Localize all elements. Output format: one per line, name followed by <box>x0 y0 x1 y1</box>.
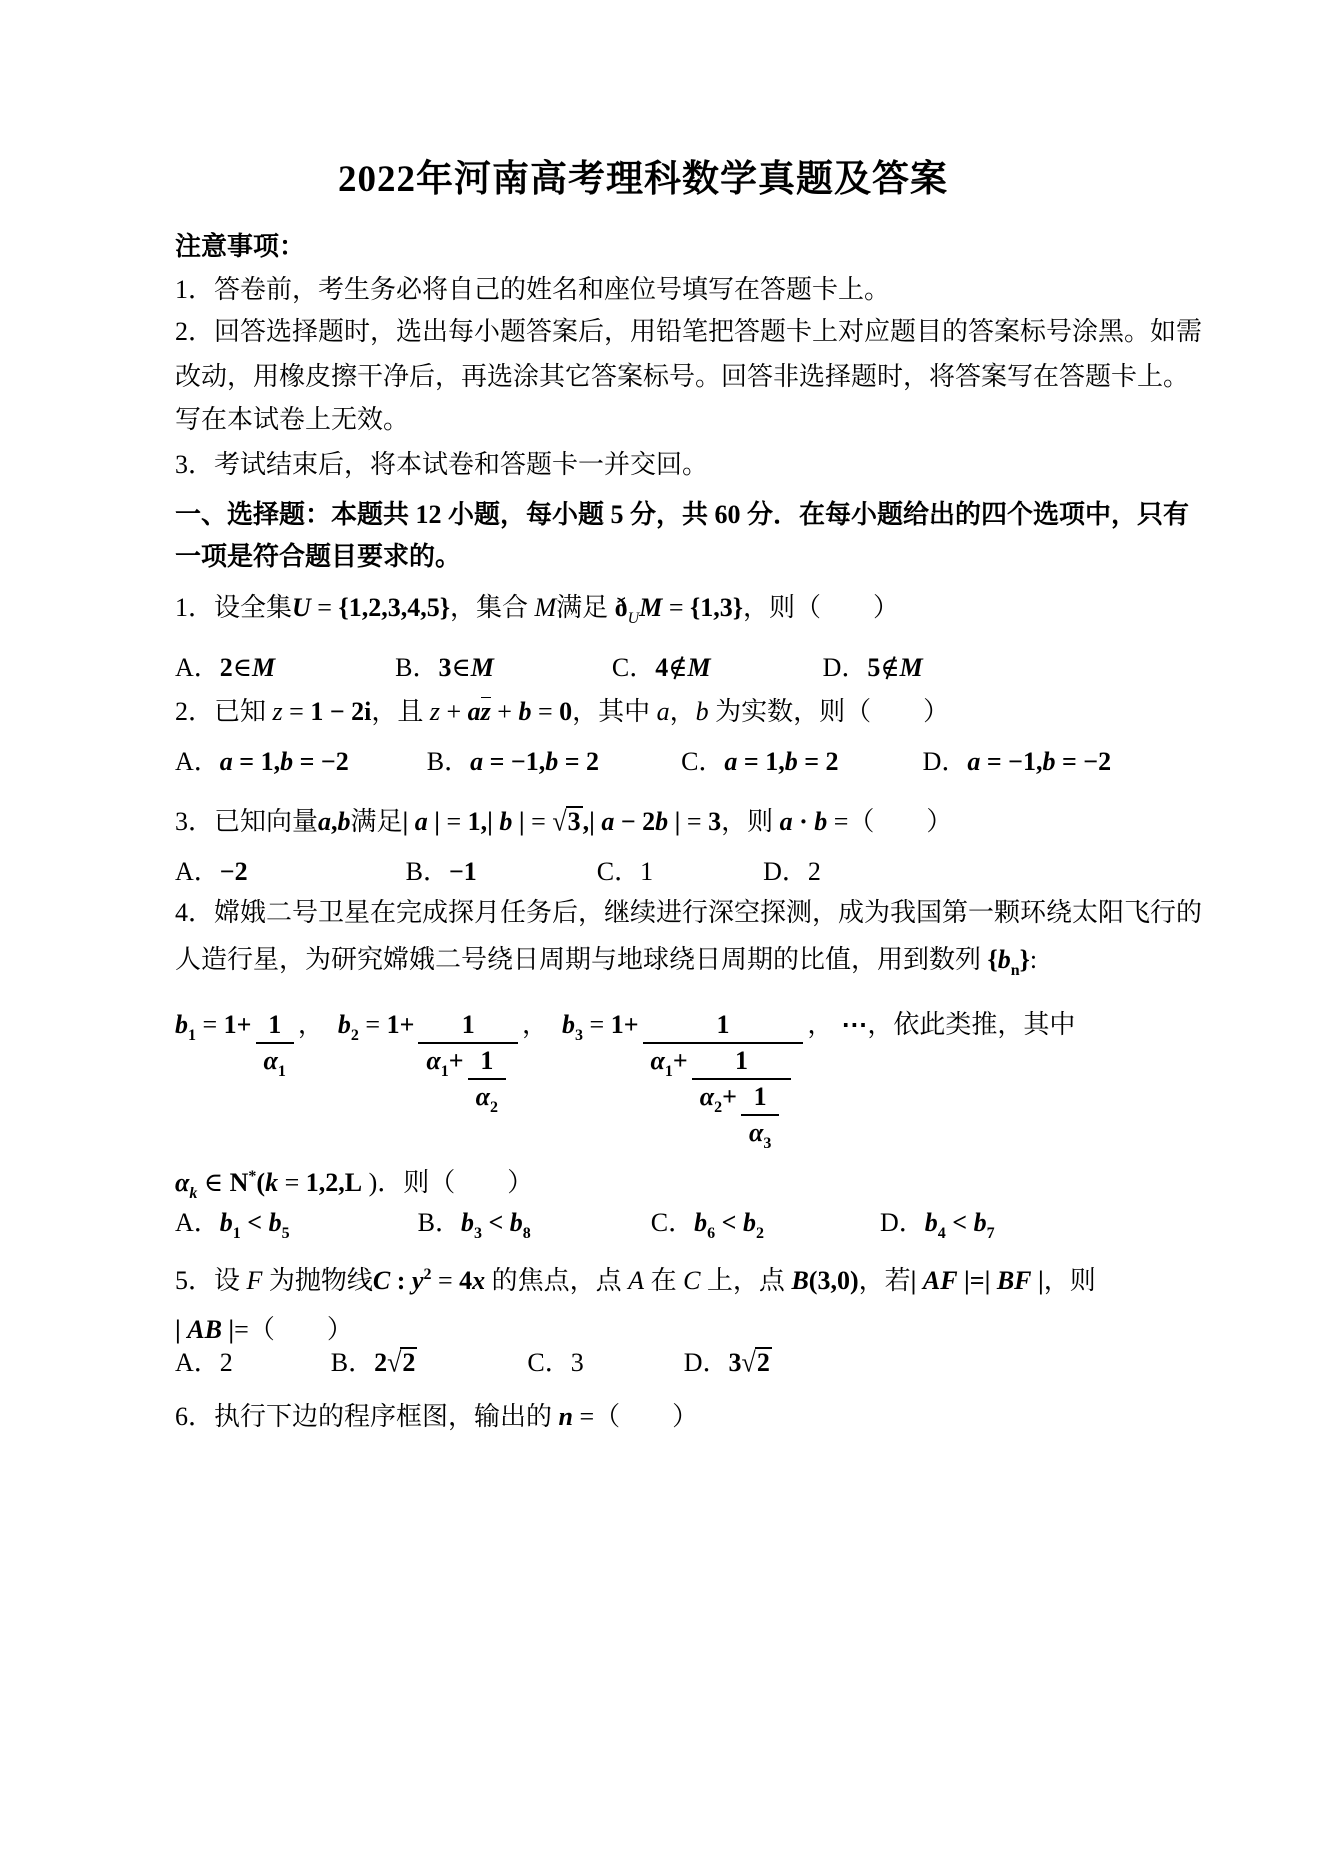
exam-document-page: 2022年河南高考理科数学真题及答案 注意事项：1．答卷前，考生务必将自己的姓名… <box>0 0 1323 1871</box>
text-run: = <box>359 1010 387 1039</box>
math-run: b <box>499 807 512 836</box>
math-run: α <box>749 1118 763 1147</box>
math-run: : <box>390 1266 412 1295</box>
math-run: 1 <box>480 1046 493 1075</box>
text-run: = <box>196 1010 224 1039</box>
text-run: D． <box>823 653 868 682</box>
text-run: ，且 <box>371 697 430 726</box>
math-run: b <box>974 1208 987 1237</box>
math-run: b <box>998 945 1011 974</box>
fraction-denominator: α1+1α2 <box>418 1042 518 1117</box>
math-run: α <box>175 1168 189 1197</box>
fraction-denominator: α2+1α3 <box>692 1078 792 1153</box>
text-run: 3．已知向量 <box>175 807 318 836</box>
math-run: + <box>449 1046 464 1075</box>
text-run: A．2 <box>175 1348 233 1377</box>
text-run: 满足 <box>351 807 403 836</box>
math-run: U <box>292 593 311 622</box>
text-run: 改动，用橡皮擦干净后，再选涂其它答案标号。回答非选择题时，将答案写在答题卡上。 <box>175 362 1189 391</box>
spacer <box>653 879 763 880</box>
math-run: < <box>946 1208 974 1237</box>
question-4-line-2: 人造行星，为研究嫦娥二号绕日周期与地球绕日周期的比值，用到数列 {bn}: <box>175 943 1235 982</box>
math-run: a <box>415 807 428 836</box>
text-run: D． <box>880 1208 925 1237</box>
math-run: n <box>559 1402 573 1431</box>
text-run: ∉ <box>668 653 687 682</box>
text-run: ，其中 <box>572 697 657 726</box>
math-run: a <box>657 697 670 726</box>
math-run: < <box>715 1208 743 1237</box>
fraction-denominator: α3 <box>741 1114 779 1153</box>
math-run: a <box>780 807 793 836</box>
math-run: α <box>264 1046 278 1075</box>
math-run: y <box>412 1266 424 1295</box>
question-2-options: A．a = 1,b = −2B．a = −1,b = 2C．a = 1,b = … <box>175 745 1235 779</box>
text-run: + <box>491 697 519 726</box>
math-run: { <box>988 945 998 974</box>
text-run: D． <box>923 747 968 776</box>
text-run: ， <box>522 1010 548 1039</box>
math-run: {1,3} <box>690 593 743 622</box>
question-1-options: A．2∈MB．3∈MC．4∉MD．5∉M <box>175 651 1235 685</box>
text-run: + <box>440 697 468 726</box>
text-run: ， <box>298 1010 324 1039</box>
text-run: 6．执行下边的程序框图，输出的 <box>175 1402 559 1431</box>
math-run: 1 <box>268 1010 281 1039</box>
math-run: 0 <box>559 697 572 726</box>
subscript: 1 <box>233 1225 241 1242</box>
spacer <box>248 879 406 880</box>
question-2: 2．已知 z = 1 − 2i，且 z + az + b = 0，其中 a，b … <box>175 695 1235 729</box>
text-run: ，集合 <box>450 593 535 622</box>
text-run: D． <box>684 1348 729 1377</box>
text-run: = <box>583 1010 611 1039</box>
text-run: C．1 <box>597 857 653 886</box>
math-run: 1,2,L <box>306 1168 362 1197</box>
text-run: C．3 <box>527 1348 583 1377</box>
math-run: ,| <box>583 807 602 836</box>
math-run: = 1, <box>737 747 784 776</box>
text-run: ∈ <box>197 1168 229 1197</box>
text-run: 4．嫦娥二号卫星在完成探月任务后，继续进行深空探测，成为我国第一颗环绕太阳飞行的 <box>175 898 1202 927</box>
math-run: 1 <box>754 1082 767 1111</box>
math-run: 1 <box>735 1046 748 1075</box>
subscript: 2 <box>490 1099 498 1116</box>
fraction-numerator: 1 <box>729 1046 754 1078</box>
math-run: a <box>470 747 483 776</box>
text-run: B． <box>427 747 470 776</box>
radical: √2 <box>742 1348 772 1377</box>
math-run: 1, <box>468 807 488 836</box>
note-3: 3．考试结束后，将本试卷和答题卡一并交回。 <box>175 448 1235 482</box>
math-run: α <box>426 1046 440 1075</box>
math-run: b <box>518 697 531 726</box>
question-3: 3．已知向量a,b满足| a | = 1,| b | = √3,| a − 2b… <box>175 805 1235 839</box>
text-run: 2．回答选择题时，选出每小题答案后，用铅笔把答题卡上对应题目的答案标号涂黑。如需 <box>175 317 1202 346</box>
fraction: 1α1+1α2 <box>418 1010 518 1117</box>
text-run: B． <box>331 1348 374 1377</box>
text-run: 5．设 <box>175 1266 247 1295</box>
text-run: = <box>662 593 690 622</box>
math-run: − 2 <box>614 807 655 836</box>
math-run: b <box>175 1010 188 1039</box>
math-run: 3 <box>439 653 452 682</box>
math-run: −1 <box>449 857 477 886</box>
question-5-line-2: | AB |=（ ） <box>175 1313 1235 1347</box>
math-run: | <box>1032 1266 1044 1295</box>
text-run: 注意事项： <box>175 232 305 261</box>
question-5-line-1: 5．设 F 为抛物线C : y2 = 4x 的焦点，点 A 在 C 上，点 B(… <box>175 1264 1235 1298</box>
math-run: M <box>639 593 662 622</box>
math-run: |=| <box>958 1266 997 1295</box>
fraction: 1α1 <box>256 1010 294 1081</box>
math-run: } <box>1020 945 1030 974</box>
math-run: a <box>724 747 737 776</box>
math-run: {1,2,3,4,5} <box>338 593 450 622</box>
math-run: F <box>247 1266 263 1295</box>
spacer <box>494 675 612 676</box>
text-run: ∉ <box>880 653 899 682</box>
math-run: | <box>668 807 680 836</box>
text-run: 1．设全集 <box>175 593 292 622</box>
section-1-header-line-1: 一、选择题：本题共 12 小题，每小题 5 分，共 60 分．在每小题给出的四个… <box>175 498 1235 532</box>
text-run: = <box>525 807 553 836</box>
radical: √3 <box>552 807 582 836</box>
math-run: M <box>534 593 556 622</box>
math-run: 4 <box>655 653 668 682</box>
text-run: A． <box>175 747 220 776</box>
spacer <box>764 1230 880 1231</box>
math-run: (3,0) <box>809 1266 859 1295</box>
math-run: b <box>338 1010 351 1039</box>
math-run: b <box>694 1208 707 1237</box>
math-run: = −1, <box>483 747 545 776</box>
text-run: C． <box>651 1208 694 1237</box>
subscript: U <box>628 610 640 627</box>
text-run: 1．答卷前，考生务必将自己的姓名和座位号填写在答题卡上。 <box>175 275 890 304</box>
math-run: < <box>241 1208 269 1237</box>
math-run: = −2 <box>1055 747 1111 776</box>
math-run: M <box>471 653 494 682</box>
radicand: 2 <box>400 1347 417 1378</box>
text-run: 2．已知 <box>175 697 273 726</box>
text-run: ，则 <box>721 807 780 836</box>
fraction: 1α2+1α3 <box>692 1046 792 1153</box>
text-run: = <box>680 807 708 836</box>
question-6: 6．执行下边的程序框图，输出的 n =（ ） <box>175 1400 1235 1434</box>
subscript: 3 <box>474 1225 482 1242</box>
math-run: b <box>925 1208 938 1237</box>
note-1: 1．答卷前，考生务必将自己的姓名和座位号填写在答题卡上。 <box>175 273 1235 307</box>
math-run: M <box>900 653 923 682</box>
math-run: b <box>280 747 293 776</box>
fraction: 1α3 <box>741 1082 779 1153</box>
math-run: α <box>700 1082 714 1111</box>
spacer <box>275 675 395 676</box>
text-run: 在 <box>644 1266 683 1295</box>
text-run: = <box>531 697 559 726</box>
subscript: 8 <box>523 1225 531 1242</box>
math-run: | <box>222 1315 234 1344</box>
notes-header: 注意事项： <box>175 230 1235 264</box>
math-run: x <box>472 1266 485 1295</box>
text-run: B． <box>406 857 449 886</box>
math-run: N <box>230 1168 249 1197</box>
note-2-line-3: 写在本试卷上无效。 <box>175 403 1235 437</box>
text-run: = <box>431 1266 459 1295</box>
math-run: k <box>265 1168 278 1197</box>
math-run: 3 <box>729 1348 742 1377</box>
radicand: 2 <box>755 1347 772 1378</box>
math-run: ( <box>256 1168 265 1197</box>
text-run: C． <box>681 747 724 776</box>
question-4-options: A．b1 < b5B．b3 < b8C．b6 < b2D．b4 < b7 <box>175 1206 1235 1245</box>
math-run: | <box>428 807 440 836</box>
text-run: ∈ <box>452 653 471 682</box>
math-run: −2 <box>220 857 248 886</box>
text-run: : <box>1030 945 1037 974</box>
subscript: 5 <box>282 1225 290 1242</box>
math-run: + <box>400 1010 415 1039</box>
math-run: b <box>338 807 351 836</box>
text-run: =（ ） <box>573 1402 698 1431</box>
overline-run: z <box>481 697 491 725</box>
fraction-denominator: α2 <box>468 1078 506 1117</box>
subscript: 3 <box>575 1027 583 1044</box>
text-run: 满足 <box>556 593 615 622</box>
radical-sign: √ <box>387 1345 401 1382</box>
subscript: 1 <box>441 1063 449 1080</box>
math-run: AF <box>923 1266 958 1295</box>
text-run: 为实数，则（ ） <box>709 697 950 726</box>
math-run: α <box>651 1046 665 1075</box>
text-run: A． <box>175 653 220 682</box>
math-run: b <box>655 807 668 836</box>
math-run: 1 <box>462 1010 475 1039</box>
fraction-numerator: 1 <box>710 1010 735 1042</box>
math-run: M <box>252 653 275 682</box>
spacer <box>290 1230 418 1231</box>
math-run: | <box>911 1266 923 1295</box>
text-run: 3．考试结束后，将本试卷和答题卡一并交回。 <box>175 450 708 479</box>
math-run: a <box>967 747 980 776</box>
math-run: < <box>482 1208 510 1237</box>
math-run: + <box>722 1082 737 1111</box>
subscript: 2 <box>714 1099 722 1116</box>
text-run: A． <box>175 857 220 886</box>
text-run: =（ ） <box>234 1315 353 1344</box>
subscript: 1 <box>278 1063 286 1080</box>
subscript: 7 <box>987 1225 995 1242</box>
math-run: a <box>220 747 233 776</box>
text-run: ， <box>670 697 696 726</box>
spacer <box>531 1230 651 1231</box>
page-title: 2022年河南高考理科数学真题及答案 <box>0 148 1286 202</box>
text-run: = <box>440 807 468 836</box>
math-run: + <box>673 1046 688 1075</box>
subscript: 1 <box>665 1063 673 1080</box>
math-run: · <box>793 807 815 836</box>
math-run: z <box>430 697 440 726</box>
math-run: a <box>601 807 614 836</box>
question-4-line-1: 4．嫦娥二号卫星在完成探月任务后，继续进行深空探测，成为我国第一颗环绕太阳飞行的 <box>175 896 1235 930</box>
math-run: | <box>512 807 524 836</box>
math-run: a <box>468 697 481 726</box>
fraction-numerator: 1 <box>456 1010 481 1042</box>
math-run: AB <box>187 1315 222 1344</box>
math-run: 1 <box>224 1010 237 1039</box>
fraction-numerator: 1 <box>474 1046 499 1078</box>
math-run: = 2 <box>558 747 599 776</box>
math-run: b <box>545 747 558 776</box>
text-run: 写在本试卷上无效。 <box>175 405 409 434</box>
subscript: 1 <box>188 1027 196 1044</box>
math-run: 2 <box>220 653 233 682</box>
math-run: ⋯ <box>841 1010 867 1039</box>
math-run: = 1, <box>233 747 280 776</box>
math-run: B <box>791 1266 808 1295</box>
text-run: ， <box>807 1010 833 1039</box>
question-4-condition: αk ∈ N*(k = 1,2,L )．则（ ） <box>175 1166 1235 1205</box>
question-5-options: A．2B．2√2C．3D．3√2 <box>175 1346 1235 1380</box>
math-run: C <box>683 1266 700 1295</box>
fraction: 1α1+1α2+1α3 <box>643 1010 804 1153</box>
note-2-line-1: 2．回答选择题时，选出每小题答案后，用铅笔把答题卡上对应题目的答案标号涂黑。如需 <box>175 315 1235 349</box>
math-run: a <box>318 807 331 836</box>
math-run: b <box>785 747 798 776</box>
fraction-denominator: α1 <box>256 1042 294 1081</box>
math-run: b <box>269 1208 282 1237</box>
text-run: ，则（ ） <box>743 593 899 622</box>
math-run: 1 <box>611 1010 624 1039</box>
text-run: )．则（ ） <box>362 1168 533 1197</box>
math-run: b <box>510 1208 523 1237</box>
math-run: + <box>624 1010 639 1039</box>
text-run: ∈ <box>233 653 252 682</box>
math-run: C <box>373 1266 390 1295</box>
spacer <box>711 675 823 676</box>
math-run: 2 <box>374 1348 387 1377</box>
text-run: =（ ） <box>827 807 952 836</box>
math-run: 4 <box>459 1266 472 1295</box>
text-run: B． <box>418 1208 461 1237</box>
math-run: 1 <box>716 1010 729 1039</box>
math-run: M <box>687 653 710 682</box>
fraction-numerator: 1 <box>262 1010 287 1042</box>
math-run: z <box>273 697 283 726</box>
spacer <box>584 1370 684 1371</box>
spacer <box>548 1032 562 1033</box>
math-run: | <box>403 807 415 836</box>
math-run: b <box>1042 747 1055 776</box>
question-1: 1．设全集U = {1,2,3,4,5}，集合 M满足 ðUM = {1,3}，… <box>175 591 1235 630</box>
subscript: 4 <box>938 1225 946 1242</box>
fraction-denominator: α1+1α2+1α3 <box>643 1042 804 1153</box>
fraction-numerator: 1 <box>748 1082 773 1114</box>
text-run: ，依此类推，其中 <box>867 1010 1075 1039</box>
fraction: 1α2 <box>468 1046 506 1117</box>
subscript: n <box>1011 962 1020 979</box>
spacer <box>349 769 427 770</box>
spacer <box>233 1370 331 1371</box>
radical-sign: √ <box>742 1345 756 1382</box>
text-run: ，若 <box>859 1266 911 1295</box>
text-run: = <box>283 697 311 726</box>
spacer <box>324 1032 338 1033</box>
text-run: 为抛物线 <box>262 1266 373 1295</box>
radicand: 3 <box>566 806 583 837</box>
subscript: 2 <box>351 1027 359 1044</box>
subscript: 2 <box>756 1225 764 1242</box>
text-run: = <box>311 593 339 622</box>
text-run: A． <box>175 1208 220 1237</box>
subscript: 3 <box>763 1135 771 1152</box>
math-run: 5 <box>867 653 880 682</box>
radical-sign: √ <box>552 804 566 841</box>
math-run: | <box>487 807 499 836</box>
math-run: α <box>476 1082 490 1111</box>
spacer <box>417 1370 527 1371</box>
math-run: b <box>220 1208 233 1237</box>
spacer <box>839 769 923 770</box>
text-run: ，则 <box>1044 1266 1096 1295</box>
text-run: 人造行星，为研究嫦娥二号绕日周期与地球绕日周期的比值，用到数列 <box>175 945 988 974</box>
text-run: 一、选择题：本题共 12 小题，每小题 5 分，共 60 分．在每小题给出的四个… <box>175 500 1189 529</box>
text-run: 的焦点，点 <box>485 1266 628 1295</box>
math-run: b <box>461 1208 474 1237</box>
text-run: D．2 <box>763 857 821 886</box>
math-run: 3 <box>708 807 721 836</box>
subscript: 6 <box>707 1225 715 1242</box>
spacer <box>599 769 681 770</box>
math-run: b <box>562 1010 575 1039</box>
text-run: 上，点 <box>700 1266 791 1295</box>
text-run: B． <box>395 653 438 682</box>
math-run: BF <box>997 1266 1032 1295</box>
text-run: C． <box>612 653 655 682</box>
math-run: b <box>696 697 709 726</box>
math-run: = −2 <box>293 747 349 776</box>
math-run: b <box>743 1208 756 1237</box>
math-run: 1 <box>387 1010 400 1039</box>
text-run: 一项是符合题目要求的。 <box>175 542 461 571</box>
math-run: = 2 <box>798 747 839 776</box>
question-4-formula: b1 = 1+1α1，b2 = 1+1α1+1α2，b3 = 1+1α1+1α2… <box>175 1008 1235 1153</box>
math-run: b <box>814 807 827 836</box>
math-run: = −1, <box>980 747 1042 776</box>
math-run: A <box>628 1266 644 1295</box>
text-run: = <box>278 1168 306 1197</box>
question-3-options: A．−2B．−1C．1D．2 <box>175 855 1235 889</box>
section-1-header-line-2: 一项是符合题目要求的。 <box>175 540 1235 574</box>
math-run: + <box>237 1010 252 1039</box>
spacer <box>477 879 597 880</box>
math-run: 1 − 2i <box>310 697 371 726</box>
math-run: | <box>175 1315 187 1344</box>
math-run: ð <box>615 593 628 622</box>
note-2-line-2: 改动，用橡皮擦干净后，再选涂其它答案标号。回答非选择题时，将答案写在答题卡上。 <box>175 360 1235 394</box>
radical: √2 <box>387 1348 417 1377</box>
